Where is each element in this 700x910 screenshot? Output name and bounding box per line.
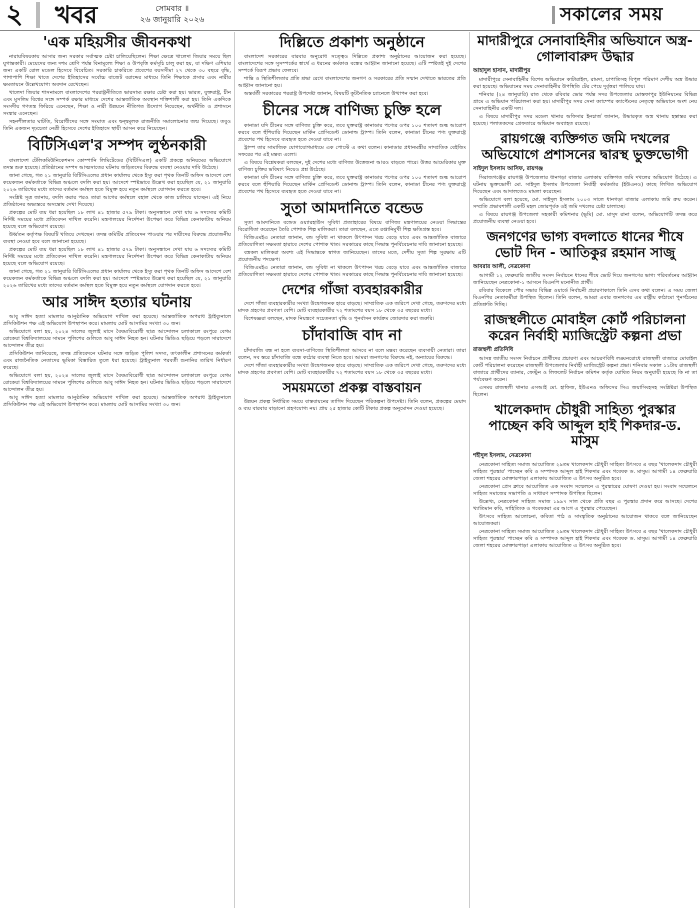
story-body: বাংলাদেশ সরকারের বারবার অনুরোধ সত্ত্বেও … bbox=[238, 54, 466, 98]
paragraph: বস্ত্রকল মালিকরা অবশ্য এই সিদ্ধান্তকে স্… bbox=[238, 250, 466, 264]
paragraph: বাংলাদেশ টেলিকমিউনিকেশনস কোম্পানি লিমিটে… bbox=[3, 158, 231, 172]
story: রায়গঞ্জে ব্যক্তিগত জমি দখলের অভিযোগে প্… bbox=[473, 132, 697, 226]
paragraph: আগামী ১২ ফেব্রুয়ারি জাতীয় সংসদ নির্বাচ… bbox=[473, 273, 697, 287]
story: আর সাঈদ হত্যার ঘটনায় আবু সাঈদ হত্যা মাম… bbox=[3, 294, 231, 409]
column-1: 'এক মহিয়সীর জীবনকথা নারায়বিষয়কায় আসা… bbox=[3, 32, 231, 908]
headline: 'এক মহিয়সীর জীবনকথা bbox=[3, 34, 231, 51]
story-body: নারায়বিষয়কায় আসার জন্য সরকার সর্বাত্ম… bbox=[3, 54, 231, 133]
story: জনগণের ভাগ্য বদলাতে ধানের শীষে ভোট দিন -… bbox=[473, 230, 697, 309]
headline: মাদারীপুরে সেনাবাহিনীর অভিযানে অস্ত্র-গো… bbox=[473, 34, 697, 65]
paragraph: প্রকল্পের মোট ব্যয় ধরা হয়েছিল ১৮ লাখ ৪… bbox=[3, 247, 231, 268]
dateline: সোমবার ॥ ২৬ জানুয়ারি ২০২৬ bbox=[140, 3, 204, 25]
weekday: সোমবার ॥ bbox=[140, 3, 204, 14]
page-number-divider bbox=[36, 2, 40, 28]
story: দিল্লিতে প্রকাশ্য অনুষ্ঠানে বাংলাদেশ সরক… bbox=[238, 34, 466, 98]
story-body: বাংলাদেশ টেলিকমিউনিকেশনস কোম্পানি লিমিটে… bbox=[3, 158, 231, 290]
paragraph: বিশেষজ্ঞরা বলছেন, মাদক নিয়ন্ত্রণে সচেতন… bbox=[238, 316, 466, 323]
paragraph: আসন্ন জাতীয় সংসদ নির্বাচনে প্রার্থীদের … bbox=[473, 356, 697, 384]
paragraph: কানাডা যদি চীনের সঙ্গে বাণিজ্য চুক্তি কর… bbox=[238, 175, 466, 196]
paragraph: অভিযোগে বলা হয়, ২০২৪ সালের জুলাই মাসে ব… bbox=[3, 373, 231, 394]
story: দেশের গাঁজা ব্যবহারকারীর দেশে গাঁজা ব্যব… bbox=[238, 283, 466, 324]
byline: আবরার আলী, নেত্রকোনা bbox=[473, 264, 697, 272]
headline: দেশের গাঁজা ব্যবহারকারীর bbox=[238, 283, 466, 299]
paragraph: সুতা আমদানিতে বন্ডেড ওয়্যারহাউস সুবিধা … bbox=[238, 220, 466, 234]
paragraph: নেত্রকোনা সাহিত্য সমাজ আয়োজিত ২৯তম খালে… bbox=[473, 529, 697, 550]
paragraph: ট্রাম্প তার সামাজিক যোগাযোগমাধ্যমে এক পো… bbox=[238, 145, 466, 159]
byline: শহীদুল ইসলাম, নেত্রকোনা bbox=[473, 453, 697, 461]
headline: রায়গঞ্জে ব্যক্তিগত জমি দখলের অভিযোগে প্… bbox=[473, 132, 697, 163]
story: সুতা আমদানিতে বন্ডেড সুতা আমদানিতে বন্ডে… bbox=[238, 200, 466, 279]
paragraph: এ বিষয়ে মাদারীপুর সদর মডেল থানার অফিসার… bbox=[473, 114, 697, 128]
paragraph: অভিযোগে বলা হয়েছে, মো. সাইদুল ইসলাম ২০০… bbox=[473, 197, 697, 211]
paragraph: সংশ্লিষ্ট সূত্র জানায়, বদলি করার পরও তা… bbox=[3, 195, 231, 209]
paragraph: উৎসবে সাহিত্য আলোচনা, কবিতা পাঠ ও সাংস্ক… bbox=[473, 514, 697, 528]
paragraph: কানাডা যদি চীনের সঙ্গে বাণিজ্য চুক্তি কর… bbox=[238, 123, 466, 144]
story: মাদারীপুরে সেনাবাহিনীর অভিযানে অস্ত্র-গো… bbox=[473, 34, 697, 128]
headline: চীনের সঙ্গে বাণিজ্য চুক্তি হলে bbox=[238, 102, 466, 119]
story: চাঁদাবাজি বাদ না চাঁদাবাজি বন্ধ না হলে ব… bbox=[238, 327, 466, 376]
brand-divider bbox=[552, 6, 555, 24]
paragraph: প্রকল্পের মোট ব্যয় ধরা হয়েছিল ১৮ লাখ ৪… bbox=[3, 210, 231, 231]
paragraph: খালেদা জিয়ার শাসনামলে বাংলাদেশের পররাষ্… bbox=[3, 90, 231, 118]
headline: জনগণের ভাগ্য বদলাতে ধানের শীষে ভোট দিন -… bbox=[473, 230, 697, 261]
story-body: নেত্রকোনা সাহিত্য সমাজ আয়োজিত ২৯তম খালে… bbox=[473, 462, 697, 550]
paragraph: বিজিএমইএ নেতারা জানান, বন্ড সুবিধা না থা… bbox=[238, 235, 466, 249]
story-body: উন্নয়ন প্রকল্প নির্ধারিত সময়ে বাস্তবায… bbox=[238, 399, 466, 413]
paragraph: বিজিএমইএ নেতারা জানান, বন্ড সুবিধা না থা… bbox=[238, 265, 466, 279]
paragraph: সিরাজগঞ্জের রায়গঞ্জ উপজেলার ধানগড়া বাজ… bbox=[473, 175, 697, 196]
headline: খালেকদাদ চৌধুরী সাহিত্য পুরস্কার পাচ্ছেন… bbox=[473, 403, 697, 450]
headline: দিল্লিতে প্রকাশ্য অনুষ্ঠানে bbox=[238, 34, 466, 51]
story-body: কানাডা যদি চীনের সঙ্গে বাণিজ্য চুক্তি কর… bbox=[238, 123, 466, 196]
paragraph: আবু সাঈদ হত্যা মামলার আনুষ্ঠানিক অভিযোগ … bbox=[3, 314, 231, 328]
paragraph: উন্নয়ন প্রকল্প নির্ধারিত সময়ে বাস্তবায… bbox=[238, 399, 466, 413]
paragraph: নেত্রকোনা প্রেস ক্লাবে আয়োজিত এক সংবাদ … bbox=[473, 484, 697, 498]
paragraph: শনিবার (২৪ জানুয়ারি) রাত থেকে রবিবার ভো… bbox=[473, 92, 697, 113]
headline: সুতা আমদানিতে বন্ডেড bbox=[238, 200, 466, 217]
column-rule bbox=[469, 32, 470, 908]
story-body: চাঁদাবাজি বন্ধ না হলে ব্যবসা-বাণিজ্যে স্… bbox=[238, 348, 466, 377]
story: রাজস্থলীতে মোবাইল কোর্ট পরিচালনা করেন নি… bbox=[473, 313, 697, 399]
paragraph: নেত্রকোনা সাহিত্য সমাজ আয়োজিত ২৯তম খালে… bbox=[473, 462, 697, 483]
story-body: মাদারীপুরে সেনাবাহিনীর বিশেষ অভিযানে কাট… bbox=[473, 77, 697, 128]
paragraph: চাঁদাবাজি বন্ধ না হলে ব্যবসা-বাণিজ্যে স্… bbox=[238, 348, 466, 362]
column-rule bbox=[234, 32, 235, 908]
paragraph: এ বিষয়ে রায়গঞ্জ উপজেলা সহকারী কমিশনার … bbox=[473, 212, 697, 226]
story: চীনের সঙ্গে বাণিজ্য চুক্তি হলে কানাডা যদ… bbox=[238, 102, 466, 195]
headline: সময়মতো প্রকল্প বাস্তবায়ন bbox=[238, 381, 466, 397]
paragraph: বাংলাদেশ সরকারের বারবার অনুরোধ সত্ত্বেও … bbox=[238, 54, 466, 75]
paragraph: অভিযোগে বলা হয়, ২০২৪ সালের জুলাই মাসে ব… bbox=[3, 329, 231, 350]
page-number: ২ bbox=[6, 0, 23, 30]
story: সময়মতো প্রকল্প বাস্তবায়ন উন্নয়ন প্রকল… bbox=[238, 381, 466, 414]
brand-logo: সকালের সময় bbox=[560, 0, 663, 30]
story-body: দেশে গাঁজা ব্যবহারকারীর সংখ্যা উদ্বেগজনক… bbox=[238, 301, 466, 323]
story: খালেকদাদ চৌধুরী সাহিত্য পুরস্কার পাচ্ছেন… bbox=[473, 403, 697, 550]
story: 'এক মহিয়সীর জীবনকথা নারায়বিষয়কায় আসা… bbox=[3, 34, 231, 133]
paragraph: অন্তর্বর্তী সরকারের পররাষ্ট্র উপদেষ্টা জ… bbox=[238, 91, 466, 98]
section-title: খবর bbox=[55, 0, 97, 30]
paragraph: নারায়বিষয়কায় আসার জন্য সরকার সর্বাত্ম… bbox=[3, 54, 231, 89]
paragraph: এসময় রাজস্থলী থানার এসআই মো. হাফিজ, ইউএ… bbox=[473, 385, 697, 399]
paragraph: সহনশীলতার ঘাটতি, বিরোধীদের সঙ্গে সংঘাত এ… bbox=[3, 119, 231, 133]
paragraph: জানা গেছে, গত ২১ জানুয়ারি বিটিসিএলের প্… bbox=[3, 173, 231, 194]
headline: চাঁদাবাজি বাদ না bbox=[238, 327, 466, 344]
story-body: সিরাজগঞ্জের রায়গঞ্জ উপজেলার ধানগড়া বাজ… bbox=[473, 175, 697, 226]
paragraph: আবু সাঈদ হত্যা মামলার আনুষ্ঠানিক অভিযোগ … bbox=[3, 395, 231, 409]
paragraph: দেশে গাঁজা ব্যবহারকারীর সংখ্যা উদ্বেগজনক… bbox=[238, 301, 466, 315]
story-body: আবু সাঈদ হত্যা মামলার আনুষ্ঠানিক অভিযোগ … bbox=[3, 314, 231, 409]
story: বিটিসিএল'র সম্পদ লুণ্ঠনকারী বাংলাদেশ টেল… bbox=[3, 137, 231, 289]
column-2: দিল্লিতে প্রকাশ্য অনুষ্ঠানে বাংলাদেশ সরক… bbox=[238, 32, 466, 908]
paragraph: প্রসিকিউশন জানিয়েছে, তদন্ত প্রতিবেদনে ঘ… bbox=[3, 351, 231, 372]
story-body: সুতা আমদানিতে বন্ডেড ওয়্যারহাউস সুবিধা … bbox=[238, 220, 466, 279]
date: ২৬ জানুয়ারি ২০২৬ bbox=[140, 14, 204, 25]
paragraph: উল্লেখ্য, নেত্রকোনা সাহিত্য সমাজ ১৯৯৭ সা… bbox=[473, 499, 697, 513]
headline: রাজস্থলীতে মোবাইল কোর্ট পরিচালনা করেন নি… bbox=[473, 313, 697, 344]
paragraph: এ বিষয়ে বিশ্লেষকরা বলছেন, দুই দেশের মধ্… bbox=[238, 160, 466, 174]
column-regional: মাদারীপুরে সেনাবাহিনীর অভিযানে অস্ত্র-গো… bbox=[473, 32, 697, 908]
paragraph: মাদারীপুরে সেনাবাহিনীর বিশেষ অভিযানে কাট… bbox=[473, 77, 697, 91]
paragraph: দেশে গাঁজা ব্যবহারকারীর সংখ্যা উদ্বেগজনক… bbox=[238, 363, 466, 377]
headline: বিটিসিএল'র সম্পদ লুণ্ঠনকারী bbox=[3, 137, 231, 154]
byline: সাইদুল ইসলাম আসিফ, রায়গঞ্জ bbox=[473, 166, 697, 174]
paragraph: উর্ধ্বতন কর্তৃপক্ষ বিষয়টি খতিয়ে দেখছেন… bbox=[3, 232, 231, 246]
story-body: আসন্ন জাতীয় সংসদ নির্বাচনে প্রার্থীদের … bbox=[473, 356, 697, 399]
byline: আহাদুল হাসান, মাদারীপুর bbox=[473, 68, 697, 76]
paragraph: জানা গেছে, গত ২১ জানুয়ারি বিটিসিএলের প্… bbox=[3, 269, 231, 290]
masthead: ২ খবর সোমবার ॥ ২৬ জানুয়ারি ২০২৬ সকালের … bbox=[0, 0, 700, 31]
byline: রাজস্থলী প্রতিনিধি bbox=[473, 347, 697, 355]
paragraph: রবিবার বিকেলে পৌর সভার বিভিন্ন ওয়ার্ডে … bbox=[473, 288, 697, 309]
story-body: আগামী ১২ ফেব্রুয়ারি জাতীয় সংসদ নির্বাচ… bbox=[473, 273, 697, 309]
headline: আর সাঈদ হত্যার ঘটনায় bbox=[3, 294, 231, 311]
paragraph: শান্তি ও স্থিতিশীলতার প্রতি শ্রদ্ধা রেখে… bbox=[238, 76, 466, 90]
